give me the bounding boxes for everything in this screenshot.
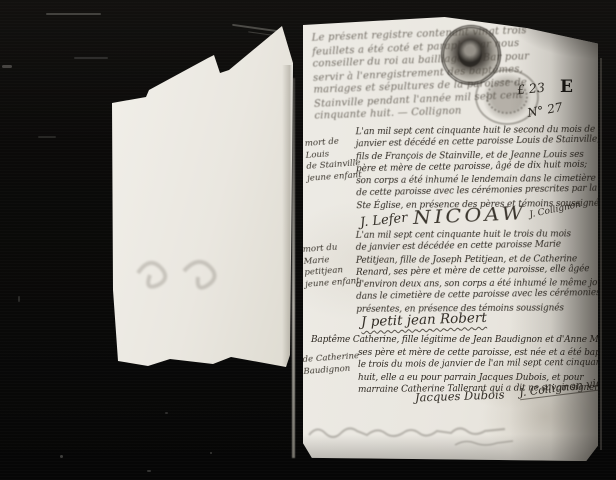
- act-line: de janvier est décédée en cette paroisse…: [356, 238, 587, 254]
- entry1-burial-act: L'an mil sept cent cinquante huit le sec…: [356, 124, 597, 213]
- entry3-baptism-act-first-line: Baptême Catherine, fille légitime de Jea…: [311, 334, 597, 346]
- entry2-margin-note: mort du Marie petitjean jeune enfant: [302, 241, 360, 291]
- left-page-torn-fragment: [112, 25, 296, 368]
- ink-bleed-mark: [132, 243, 252, 303]
- bleed-through-writing: [305, 415, 575, 449]
- signature: Jacques Dubois: [415, 387, 505, 404]
- act-line: le trois du mois de janvier de l'an mil …: [358, 357, 587, 371]
- entry3-margin-note: de Catherine Baudignon: [302, 351, 360, 378]
- right-page-manuscript: Le présent registre contenant vingt troi…: [303, 17, 598, 461]
- entry1-margin-note: mort de Louis de Stainville jeune enfant: [304, 135, 362, 185]
- signature-with-flourish: J petit jean Robert: [361, 310, 487, 330]
- dust-speck: [165, 412, 168, 414]
- fee-annotation: £ 23: [516, 80, 545, 98]
- series-letter: E: [560, 77, 573, 97]
- dust-speck: [210, 452, 212, 454]
- film-scratch: [38, 136, 56, 138]
- entry2-burial-act: L'an mil sept cent cinquante huit le tro…: [356, 228, 597, 316]
- dust-speck: [18, 296, 20, 302]
- signature: J. Lefer: [359, 211, 408, 231]
- seal-coat-of-arms: [458, 39, 482, 67]
- scanned-register-photo: Le présent registre contenant vingt troi…: [0, 0, 616, 480]
- page-stack-edge: [600, 58, 602, 450]
- act-line: Baptême Catherine, fille légitime de Jea…: [311, 334, 586, 346]
- dust-speck: [60, 455, 63, 458]
- page-spine-edge: [292, 78, 295, 458]
- film-scratch: [2, 65, 12, 68]
- film-scratch: [74, 57, 108, 59]
- film-scratch: [232, 24, 278, 32]
- act-line: Renard, ses père et mère de cette parois…: [356, 263, 587, 279]
- signature-large: NICOAW: [413, 202, 527, 229]
- dust-speck: [147, 470, 151, 472]
- act-line: dans le cimetière de cette paroisse avec…: [356, 288, 587, 304]
- film-scratch: [46, 13, 101, 15]
